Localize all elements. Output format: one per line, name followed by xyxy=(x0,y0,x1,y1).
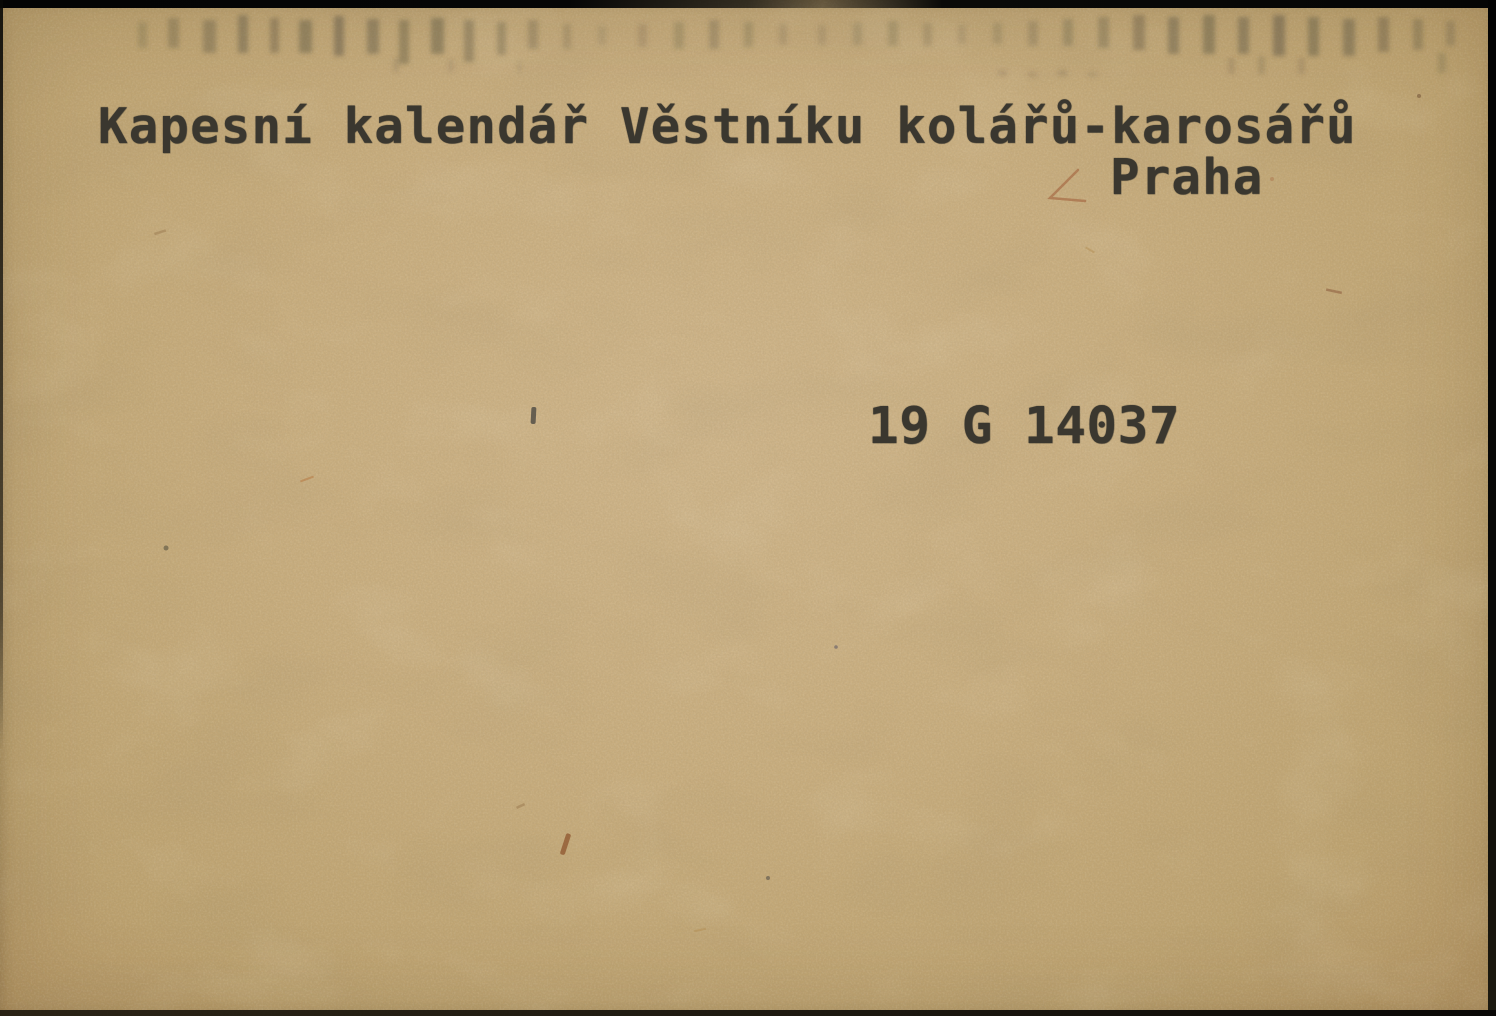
card-title: Kapesní kalendář Věstníku kolářů-karosář… xyxy=(98,102,1357,151)
scanned-catalog-card-image: Kapesní kalendář Věstníku kolářů-karosář… xyxy=(0,0,1496,1016)
stray-ink-mark xyxy=(531,407,537,424)
scan-edge-right xyxy=(1488,0,1496,1016)
scan-edge-left xyxy=(0,0,3,752)
scan-edge-bottom xyxy=(0,1010,1496,1016)
scan-edge-top xyxy=(0,0,1496,8)
card-call-number: 19 G 14037 xyxy=(868,401,1180,452)
card-place: Praha xyxy=(1110,153,1264,202)
